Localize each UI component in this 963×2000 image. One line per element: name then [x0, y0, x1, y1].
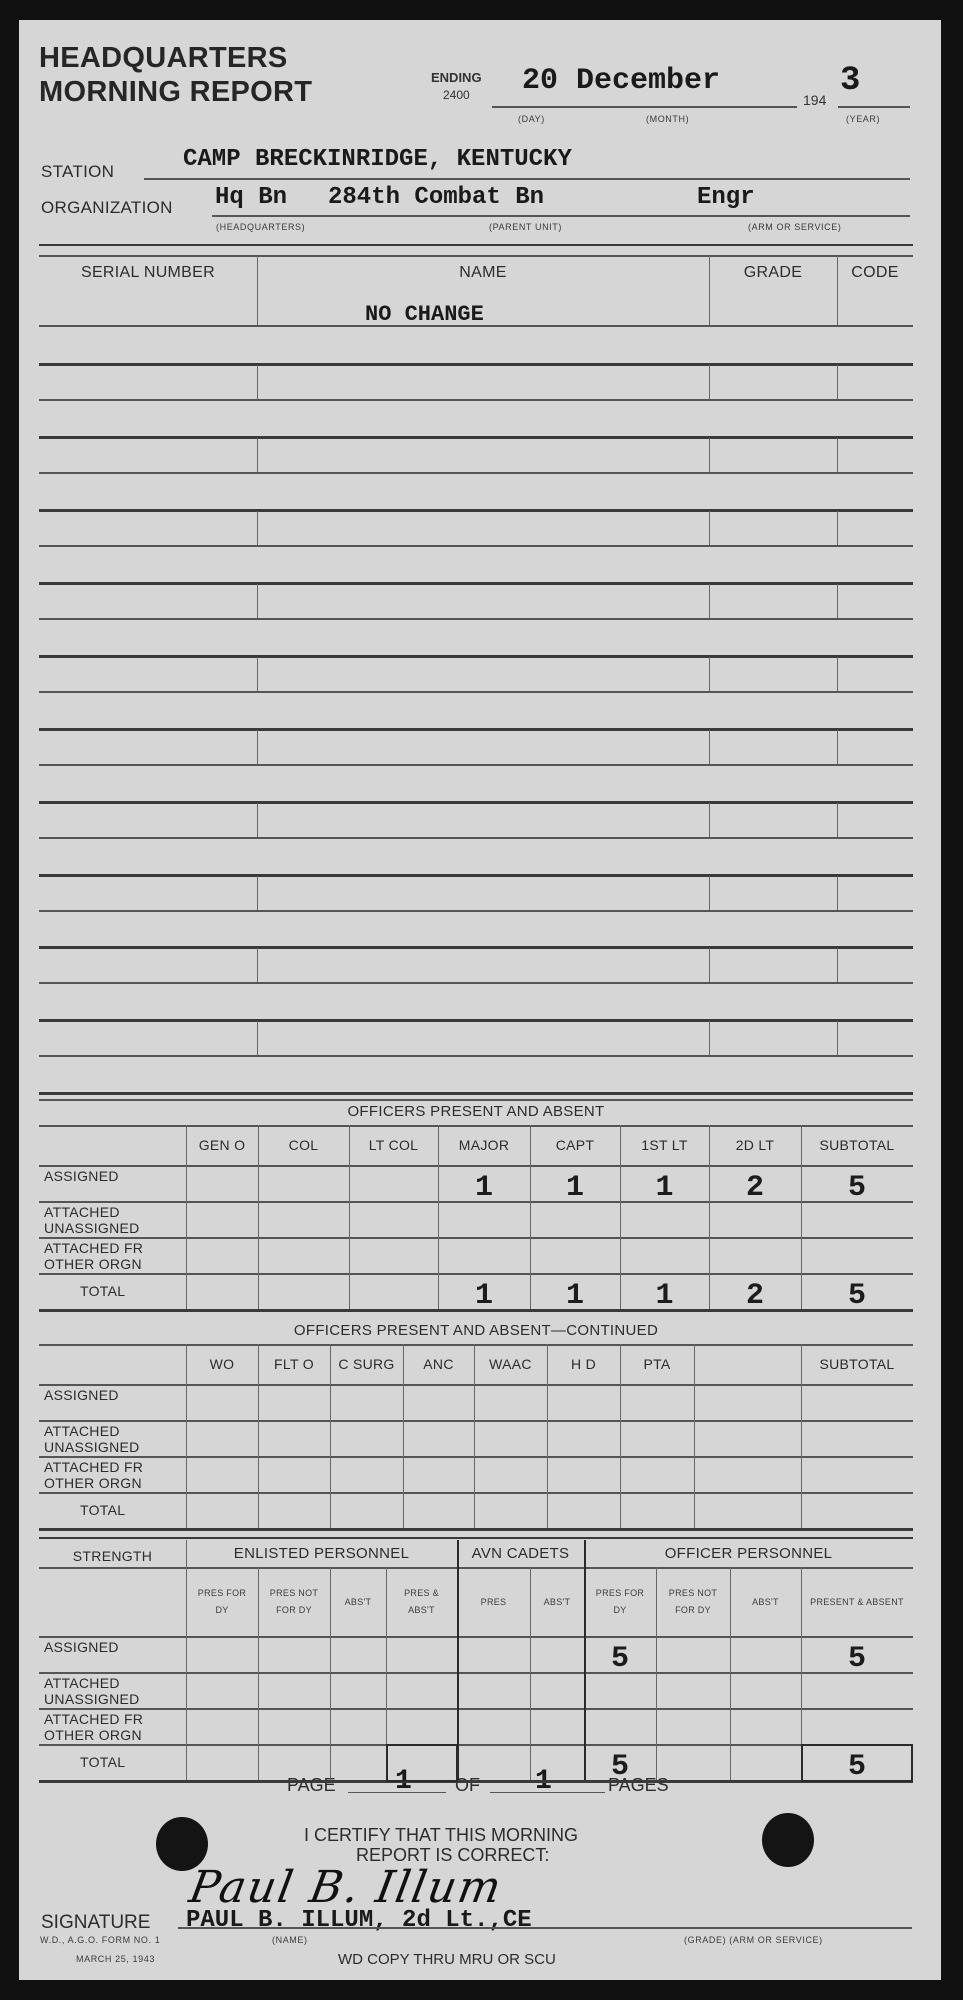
officers-cell[interactable]: 1	[530, 1279, 620, 1313]
officers-cell[interactable]: 2	[709, 1171, 801, 1205]
year-field[interactable]: 3	[840, 62, 860, 100]
officers-cell[interactable]: 2	[709, 1279, 801, 1313]
officers_continued-row-label: ASSIGNED	[44, 1387, 184, 1403]
org-arm-field[interactable]: Engr	[697, 184, 755, 211]
roster-rule	[39, 874, 913, 877]
officers-col-header: 2D LT	[709, 1125, 801, 1165]
station-field[interactable]: CAMP BRECKINRIDGE, KENTUCKY	[183, 146, 572, 173]
roster-col-code: CODE	[837, 258, 913, 288]
roster-rule	[39, 509, 913, 512]
strength-col-header: ABS'T	[530, 1573, 584, 1631]
strength-col-header: PRES FOR DY	[186, 1573, 258, 1631]
roster-rule	[39, 728, 913, 731]
strength-group-header: OFFICER PERSONNEL	[584, 1540, 913, 1566]
strength-col-header: ABS'T	[330, 1573, 386, 1631]
form-title-line2: MORNING REPORT	[39, 76, 312, 108]
strength-row-label: ASSIGNED	[44, 1639, 184, 1655]
roster-rule	[39, 801, 913, 804]
officers_continued-col-header: WAAC	[474, 1344, 547, 1384]
roster-rule	[39, 655, 913, 658]
roster-rule	[39, 1019, 913, 1022]
officers-row-label: ATTACHED UNASSIGNED	[44, 1204, 184, 1236]
officers-title: OFFICERS PRESENT AND ABSENT	[39, 1098, 913, 1124]
strength-col-header: ABS'T	[730, 1573, 801, 1631]
officers-row-label: TOTAL	[80, 1283, 220, 1299]
enlisted-total-box	[386, 1744, 458, 1782]
roster-rule	[39, 946, 913, 949]
strength-row-label: ATTACHED FR OTHER ORGN	[44, 1711, 184, 1743]
strength-cell[interactable]: 5	[584, 1750, 656, 1784]
roster-rule	[39, 363, 913, 366]
day-caption: (DAY)	[518, 114, 545, 124]
arm-caption: (ARM OR SERVICE)	[748, 222, 841, 232]
officers-cell[interactable]: 1	[530, 1171, 620, 1205]
strength-label: STRENGTH	[39, 1548, 186, 1564]
organization-label: ORGANIZATION	[41, 198, 173, 218]
strength-cell[interactable]: 5	[801, 1642, 913, 1676]
year-caption: (YEAR)	[846, 114, 880, 124]
officers_continued-col-header: H D	[547, 1344, 620, 1384]
strength-col-header: PRESENT & ABSENT	[801, 1573, 913, 1631]
officers-col-header: MAJOR	[438, 1125, 530, 1165]
handwritten-signature[interactable]: Paul B. Illum	[186, 1862, 507, 1913]
officers-cell[interactable]: 5	[801, 1171, 913, 1205]
strength-cell[interactable]: 5	[584, 1642, 656, 1676]
strength-col-header: PRES NOT FOR DY	[258, 1573, 330, 1631]
strength-row-label: TOTAL	[80, 1754, 220, 1770]
form-title-line1: HEADQUARTERS	[39, 42, 288, 74]
officers-col-header: COL	[258, 1125, 349, 1165]
strength-col-header: PRES & ABS'T	[386, 1573, 457, 1631]
officers-cell[interactable]: 1	[438, 1171, 530, 1205]
binder-hole-right	[762, 1813, 814, 1867]
officers_continued-col-header: WO	[186, 1344, 258, 1384]
strength-col-header: PRES NOT FOR DY	[656, 1573, 730, 1631]
officers-cell[interactable]: 5	[801, 1279, 913, 1313]
time-label: 2400	[443, 88, 470, 102]
officers_continued-col-header	[694, 1344, 801, 1384]
officers-col-header: SUBTOTAL	[801, 1125, 913, 1165]
certify-line1: I CERTIFY THAT THIS MORNING	[304, 1825, 578, 1846]
officers-row-label: ATTACHED FR OTHER ORGN	[44, 1240, 184, 1272]
roster-entry[interactable]: NO CHANGE	[365, 302, 484, 327]
officers_continued-col-header: C SURG	[330, 1344, 403, 1384]
officers-cell[interactable]: 1	[620, 1279, 709, 1313]
officers_continued-row-label: TOTAL	[80, 1502, 220, 1518]
roster-col-name: NAME	[257, 258, 709, 288]
officers-col-header: CAPT	[530, 1125, 620, 1165]
officer-total-box	[801, 1744, 913, 1782]
strength-group-header: ENLISTED PERSONNEL	[186, 1540, 457, 1566]
officers-col-header: 1ST LT	[620, 1125, 709, 1165]
officers-col-header: GEN O	[186, 1125, 258, 1165]
typed-signer-name[interactable]: PAUL B. ILLUM, 2d Lt.,CE	[186, 1907, 532, 1934]
form-date: MARCH 25, 1943	[76, 1954, 155, 1964]
name-caption: (NAME)	[272, 1935, 308, 1945]
officers_continued-row-label: ATTACHED UNASSIGNED	[44, 1423, 184, 1455]
grade-caption: (GRADE) (ARM OR SERVICE)	[684, 1935, 823, 1945]
roster-col-grade: GRADE	[709, 258, 837, 288]
strength-col-header: PRES FOR DY	[584, 1573, 656, 1631]
page-label: PAGE	[287, 1775, 336, 1796]
officers-row-label: ASSIGNED	[44, 1168, 184, 1184]
parent-caption: (PARENT UNIT)	[489, 222, 562, 232]
date-field[interactable]: 20 December	[522, 64, 720, 98]
roster-rule	[39, 436, 913, 439]
roster-col-serial-number: SERIAL NUMBER	[39, 258, 257, 288]
officers-col-header: LT COL	[349, 1125, 438, 1165]
officers_continued-row-label: ATTACHED FR OTHER ORGN	[44, 1459, 184, 1491]
headquarters-caption: (HEADQUARTERS)	[216, 222, 305, 232]
form-number: W.D., A.G.O. FORM NO. 1	[40, 1935, 160, 1945]
officers_continued-col-header: FLT O	[258, 1344, 330, 1384]
year-prefix: 194	[803, 92, 826, 108]
strength-row-label: ATTACHED UNASSIGNED	[44, 1675, 184, 1707]
month-caption: (MONTH)	[646, 114, 689, 124]
routing-note: WD COPY THRU MRU OR SCU	[338, 1951, 556, 1968]
org-headquarters-field[interactable]: Hq Bn	[215, 184, 287, 211]
officers-cell[interactable]: 1	[438, 1279, 530, 1313]
officers_continued-col-header: ANC	[403, 1344, 474, 1384]
officers-cell[interactable]: 1	[620, 1171, 709, 1205]
strength-col-header: PRES	[457, 1573, 530, 1631]
station-label: STATION	[41, 162, 114, 182]
org-parent-field[interactable]: 284th Combat Bn	[328, 184, 544, 211]
strength-group-header: AVN CADETS	[457, 1540, 584, 1566]
officers_continued-col-header: PTA	[620, 1344, 694, 1384]
officers_continued-title: OFFICERS PRESENT AND ABSENT—CONTINUED	[39, 1317, 913, 1343]
roster-rule	[39, 582, 913, 585]
officers_continued-col-header: SUBTOTAL	[801, 1344, 913, 1384]
ending-label: ENDING	[431, 70, 482, 85]
signature-label: SIGNATURE	[41, 1912, 150, 1934]
